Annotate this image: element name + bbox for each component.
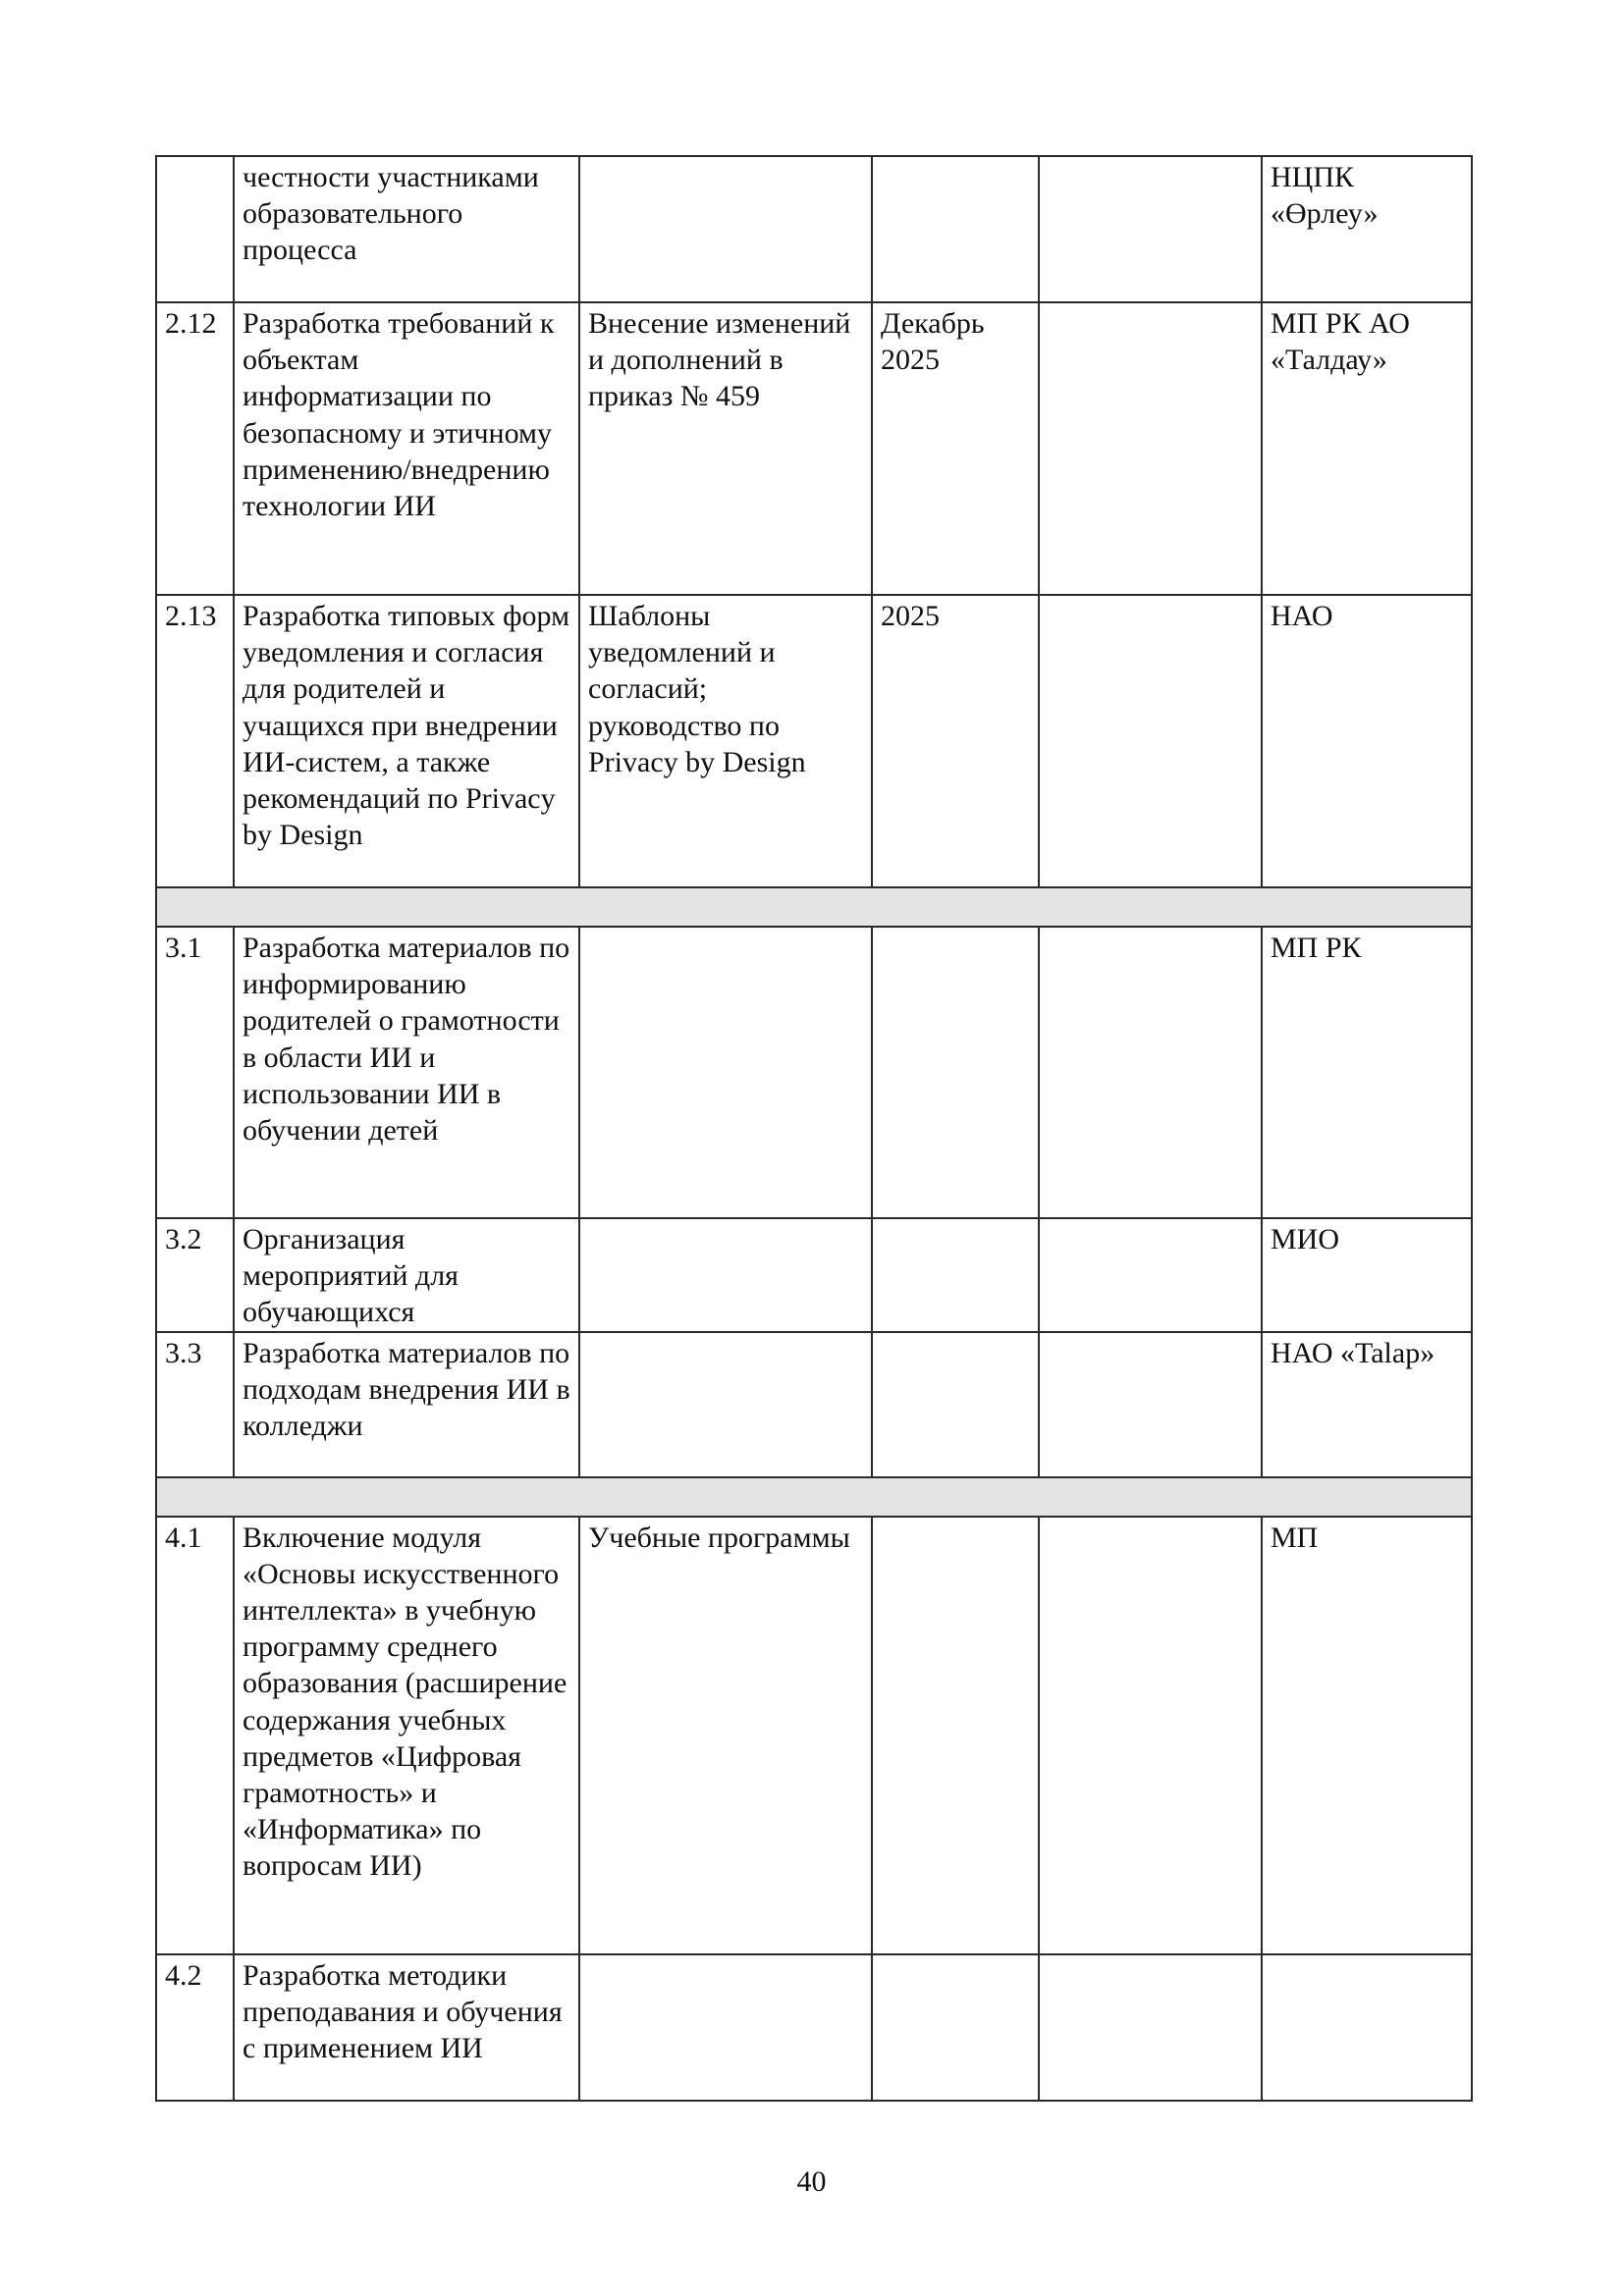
- table-row: честности участниками образовательного п…: [156, 156, 1472, 302]
- activity-cell: Разработка типовых форм уведомления и со…: [234, 595, 579, 887]
- table-row: 2.12 Разработка требований к объектам ин…: [156, 302, 1472, 595]
- section-divider-row: [156, 1477, 1472, 1517]
- extra-cell: [1039, 1332, 1262, 1477]
- table-row: 3.2 Организация мероприятий для обучающи…: [156, 1218, 1472, 1332]
- extra-cell: [1039, 1218, 1262, 1332]
- result-cell: [579, 1218, 872, 1332]
- activity-cell: Включение модуля «Основы искусственного …: [234, 1517, 579, 1954]
- extra-cell: [1039, 302, 1262, 595]
- table-row: 3.3 Разработка материалов по подходам вн…: [156, 1332, 1472, 1477]
- extra-cell: [1039, 1517, 1262, 1954]
- activity-cell: Разработка методики преподавания и обуче…: [234, 1954, 579, 2101]
- extra-cell: [1039, 156, 1262, 302]
- responsible-cell: МП РК: [1262, 927, 1472, 1218]
- deadline-cell: [872, 1517, 1039, 1954]
- section-divider-cell: [156, 1477, 1472, 1517]
- deadline-cell: [872, 927, 1039, 1218]
- deadline-cell: Декабрь 2025: [872, 302, 1039, 595]
- responsible-cell: МИО: [1262, 1218, 1472, 1332]
- result-cell: [579, 927, 872, 1218]
- responsible-cell: МП РК АО «Талдау»: [1262, 302, 1472, 595]
- row-number: 4.2: [156, 1954, 234, 2101]
- table-row: 3.1 Разработка материалов по информирова…: [156, 927, 1472, 1218]
- extra-cell: [1039, 927, 1262, 1218]
- activity-cell: Разработка материалов по подходам внедре…: [234, 1332, 579, 1477]
- extra-cell: [1039, 595, 1262, 887]
- section-divider-row: [156, 887, 1472, 927]
- document-page: честности участниками образовательного п…: [0, 0, 1623, 2296]
- result-cell: Шаблоны уведомлений и согласий; руководс…: [579, 595, 872, 887]
- row-number: 2.12: [156, 302, 234, 595]
- row-number: 4.1: [156, 1517, 234, 1954]
- page-number: 40: [0, 2164, 1623, 2200]
- activity-cell: честности участниками образовательного п…: [234, 156, 579, 302]
- row-number: 3.2: [156, 1218, 234, 1332]
- row-number: 3.3: [156, 1332, 234, 1477]
- row-number: 2.13: [156, 595, 234, 887]
- responsible-cell: НЦПК «Өрлеу»: [1262, 156, 1472, 302]
- responsible-cell: МП: [1262, 1517, 1472, 1954]
- action-plan-table: честности участниками образовательного п…: [155, 155, 1473, 2102]
- row-number: [156, 156, 234, 302]
- result-cell: Внесение изменений и дополнений в приказ…: [579, 302, 872, 595]
- responsible-cell: НАО «Talap»: [1262, 1332, 1472, 1477]
- result-cell: [579, 156, 872, 302]
- activity-cell: Организация мероприятий для обучающихся: [234, 1218, 579, 1332]
- row-number: 3.1: [156, 927, 234, 1218]
- deadline-cell: [872, 1218, 1039, 1332]
- responsible-cell: [1262, 1954, 1472, 2101]
- responsible-cell: НАО: [1262, 595, 1472, 887]
- result-cell: [579, 1954, 872, 2101]
- deadline-cell: 2025: [872, 595, 1039, 887]
- result-cell: Учебные программы: [579, 1517, 872, 1954]
- extra-cell: [1039, 1954, 1262, 2101]
- table-row: 4.2 Разработка методики преподавания и о…: [156, 1954, 1472, 2101]
- section-divider-cell: [156, 887, 1472, 927]
- activity-cell: Разработка материалов по информированию …: [234, 927, 579, 1218]
- table-row: 4.1 Включение модуля «Основы искусственн…: [156, 1517, 1472, 1954]
- result-cell: [579, 1332, 872, 1477]
- table-row: 2.13 Разработка типовых форм уведомления…: [156, 595, 1472, 887]
- activity-cell: Разработка требований к объектам информа…: [234, 302, 579, 595]
- deadline-cell: [872, 1954, 1039, 2101]
- deadline-cell: [872, 156, 1039, 302]
- deadline-cell: [872, 1332, 1039, 1477]
